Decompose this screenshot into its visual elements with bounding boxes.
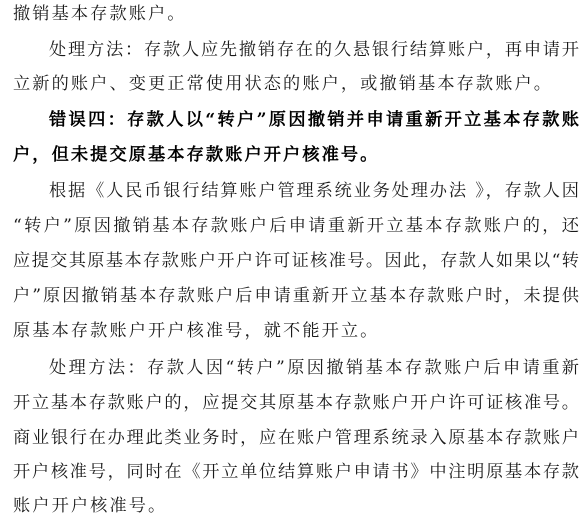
text-line: 账户开户核准号。 [13,494,167,518]
text-line-continuation: 撤销基本存款账户。 [13,2,187,26]
text-line: 开立基本存款账户的，应提交其原基本存款账户开户许可证核准号。 [13,391,579,415]
text-line: 立新的账户、变更正常使用状态的账户，或撤销基本存款账户。 [13,72,553,96]
text-line: 商业银行在办理此类业务时，应在账户管理系统录入原基本存款账户 [13,426,579,450]
heading-error-four-cont: 户，但未提交原基本存款账户开户核准号。 [13,143,379,167]
text-line: 户”原因撤销基本存款账户后申请重新开立基本存款账户时，未提供 [13,284,579,308]
text-line: 开户核准号，同时在《开立单位结算账户申请书》中注明原基本存款 [13,460,579,484]
text-line-handling-method-1: 处理方法：存款人应先撤销存在的久悬银行结算账户，再申请开 [49,38,579,62]
heading-error-four: 错误四：存款人以“转户”原因撤销并申请重新开立基本存款账 [49,108,579,132]
text-line-basis: 根据《人民币银行结算账户管理系统业务处理办法 》，存款人因 [49,179,579,203]
text-line: 原基本存款账户开户核准号，就不能开立。 [13,319,379,343]
text-line-handling-method-2: 处理方法：存款人因“转户”原因撤销基本存款账户后申请重新 [49,356,579,380]
text-line: 应提交其原基本存款账户开户许可证核准号。因此，存款人如果以“转 [13,249,579,273]
text-line: “转户”原因撤销基本存款账户后申请重新开立基本存款账户的，还 [13,214,579,238]
